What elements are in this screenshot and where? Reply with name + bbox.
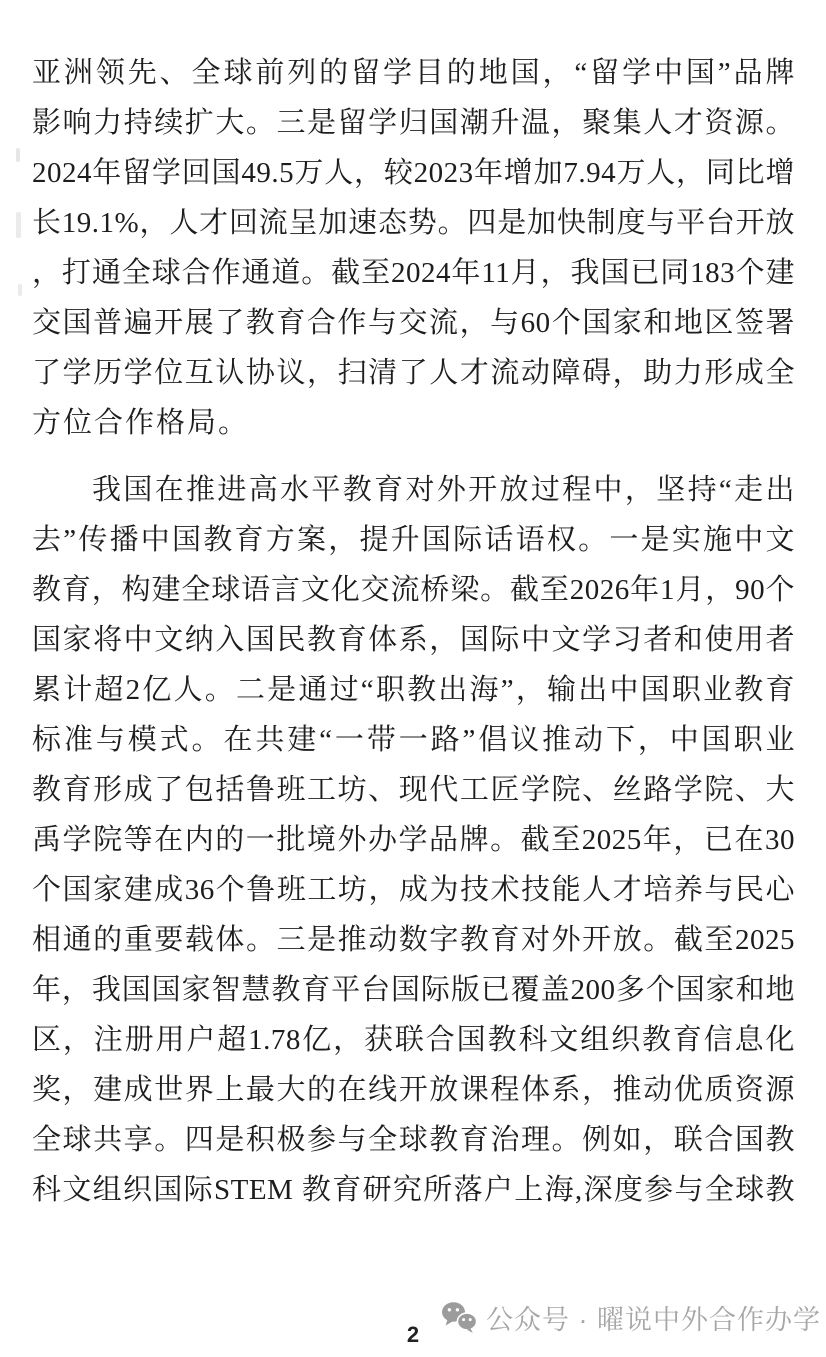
text-line: 交国普遍开展了教育合作与交流，与60个国家和地区签署 bbox=[32, 298, 795, 348]
text-line: 标准与模式。在共建“一带一路”倡议推动下，中国职业 bbox=[32, 715, 795, 765]
text-line: 奖，建成世界上最大的在线开放课程体系，推动优质资源 bbox=[32, 1065, 795, 1115]
text-line: 全球共享。四是积极参与全球教育治理。例如，联合国教 bbox=[32, 1115, 795, 1165]
text-line: 区，注册用户超1.78亿，获联合国教科文组织教育信息化 bbox=[32, 1015, 795, 1065]
text-line: 累计超2亿人。二是通过“职教出海”，输出中国职业教育 bbox=[32, 665, 795, 715]
text-line: 方位合作格局。 bbox=[32, 398, 795, 448]
scan-artifact bbox=[18, 284, 22, 296]
text-line: 教育形成了包括鲁班工坊、现代工匠学院、丝路学院、大 bbox=[32, 765, 795, 815]
text-line: 了学历学位互认协议，扫清了人才流动障碍，助力形成全 bbox=[32, 348, 795, 398]
scan-artifact bbox=[16, 148, 20, 162]
watermark-text: 公众号 · 曜说中外合作办学 bbox=[486, 1298, 821, 1337]
document-body: 亚洲领先、全球前列的留学目的地国，“留学中国”品牌影响力持续扩大。三是留学归国潮… bbox=[32, 48, 795, 1215]
text-line: 我国在推进高水平教育对外开放过程中，坚持“走出 bbox=[32, 465, 795, 515]
paragraph: 我国在推进高水平教育对外开放过程中，坚持“走出去”传播中国教育方案，提升国际话语… bbox=[32, 465, 795, 1215]
text-line: 国家将中文纳入国民教育体系，国际中文学习者和使用者 bbox=[32, 615, 795, 665]
text-line: 2024年留学回国49.5万人，较2023年增加7.94万人，同比增 bbox=[32, 148, 795, 198]
text-line: 亚洲领先、全球前列的留学目的地国，“留学中国”品牌 bbox=[32, 48, 795, 98]
text-line: ，打通全球合作通道。截至2024年11月，我国已同183个建 bbox=[32, 248, 795, 298]
wechat-icon bbox=[441, 1301, 477, 1334]
text-line: 年，我国国家智慧教育平台国际版已覆盖200多个国家和地 bbox=[32, 965, 795, 1015]
paragraph: 亚洲领先、全球前列的留学目的地国，“留学中国”品牌影响力持续扩大。三是留学归国潮… bbox=[32, 48, 795, 448]
text-line: 影响力持续扩大。三是留学归国潮升温，聚集人才资源。 bbox=[32, 98, 795, 148]
text-line: 长19.1%，人才回流呈加速态势。四是加快制度与平台开放 bbox=[32, 198, 795, 248]
text-line: 去”传播中国教育方案，提升国际话语权。一是实施中文 bbox=[32, 515, 795, 565]
document-page: 亚洲领先、全球前列的留学目的地国，“留学中国”品牌影响力持续扩大。三是留学归国潮… bbox=[0, 0, 826, 1357]
scan-artifact bbox=[16, 212, 21, 238]
text-line: 相通的重要载体。三是推动数字教育对外开放。截至2025 bbox=[32, 915, 795, 965]
watermark: 公众号 · 曜说中外合作办学 bbox=[441, 1297, 821, 1337]
text-line: 个国家建成36个鲁班工坊，成为技术技能人才培养与民心 bbox=[32, 865, 795, 915]
text-line: 禹学院等在内的一批境外办学品牌。截至2025年，已在30 bbox=[32, 815, 795, 865]
text-line: 教育，构建全球语言文化交流桥梁。截至2026年1月，90个 bbox=[32, 565, 795, 615]
text-line: 科文组织国际STEM 教育研究所落户上海,深度参与全球教 bbox=[32, 1165, 795, 1215]
